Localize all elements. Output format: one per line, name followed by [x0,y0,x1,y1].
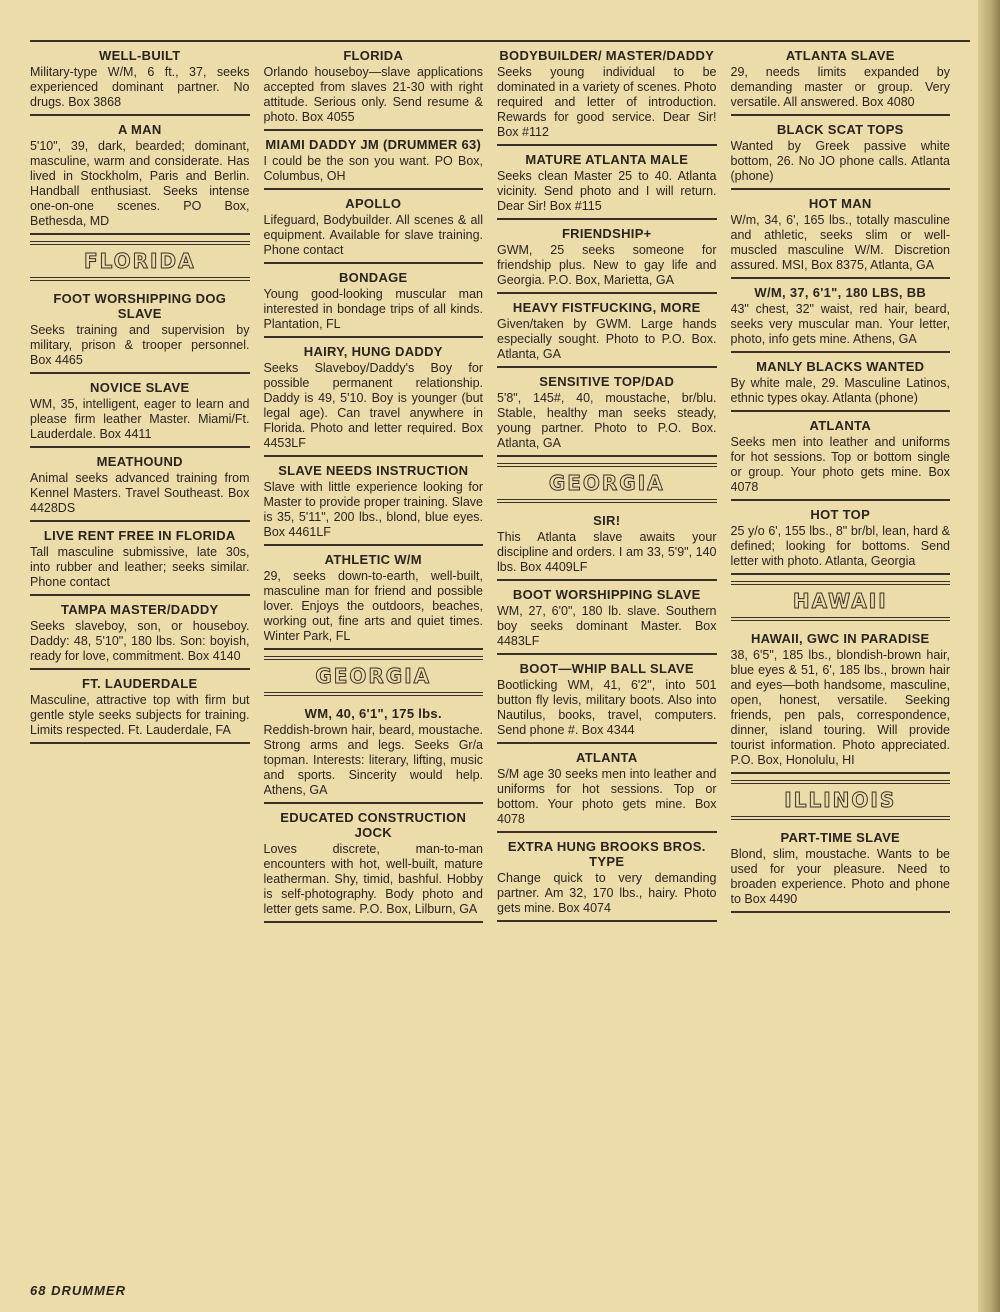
ad-box-number: P.O. Box, Marietta, GA [548,273,674,287]
ad-body: W/m, 34, 6', 165 lbs., totally masculine… [731,213,951,273]
classified-ad: WM, 40, 6'1", 175 lbs.Reddish-brown hair… [264,706,484,804]
ad-box-number: Dear Sir! Box #112 [497,110,717,139]
ad-title: SIR! [497,513,717,528]
ad-box-number: Ft. Lauderdale, FA [128,723,231,737]
ad-body: 25 y/o 6', 155 lbs., 8" br/bl, lean, har… [731,524,951,569]
ad-title: FT. LAUDERDALE [30,676,250,691]
ad-title: MIAMI DADDY JM (DRUMMER 63) [264,137,484,152]
classified-ad: WELL-BUILTMilitary-type W/M, 6 ft., 37, … [30,48,250,116]
ad-box-number: Athens, GA [264,783,328,797]
ad-body: This Atlanta slave awaits your disciplin… [497,530,717,575]
ad-body: 43" chest, 32" waist, red hair, beard, s… [731,302,951,347]
classified-ad: NOVICE SLAVEWM, 35, intelligent, eager t… [30,380,250,448]
classified-ad: FT. LAUDERDALEMasculine, attractive top … [30,676,250,744]
ad-body: Masculine, attractive top with firm but … [30,693,250,738]
ad-body: GWM, 25 seeks someone for friendship plu… [497,243,717,288]
ad-title: FOOT WORSHIPPING DOG SLAVE [30,291,250,321]
ad-body: WM, 27, 6'0", 180 lb. slave. Southern bo… [497,604,717,649]
ad-title: NOVICE SLAVE [30,380,250,395]
ad-title: HOT TOP [731,507,951,522]
ad-box-number: Box 3868 [68,95,121,109]
ad-title: MATURE ATLANTA MALE [497,152,717,167]
classified-ad: MIAMI DADDY JM (DRUMMER 63)I could be th… [264,137,484,190]
ad-box-number: Atlanta (phone) [731,154,951,183]
classified-ad: ATLANTA SLAVE29, needs limits expanded b… [731,48,951,116]
ad-box-number: Box 4074 [558,901,611,915]
ad-title: SENSITIVE TOP/DAD [497,374,717,389]
ad-box-number: Box 4344 [582,723,635,737]
ad-body: Bootlicking WM, 41, 6'2", into 501 butto… [497,678,717,738]
column-1: WELL-BUILTMilitary-type W/M, 6 ft., 37, … [30,48,250,1268]
ad-title: ATLANTA SLAVE [731,48,951,63]
ad-box-number: Box 4055 [302,110,355,124]
classified-ad: FOOT WORSHIPPING DOG SLAVESeeks training… [30,291,250,374]
classified-ad: HOT MANW/m, 34, 6', 165 lbs., totally ma… [731,196,951,279]
ad-box-number: Box 4411 [100,427,152,441]
ad-body: S/M age 30 seeks men into leather and un… [497,767,717,827]
ad-box-number: Phone contact [264,243,344,257]
ad-body: Reddish-brown hair, beard, moustache. St… [264,723,484,798]
column-4: ATLANTA SLAVE29, needs limits expanded b… [731,48,951,1268]
ad-box-number: P.O. Box, Honolulu, HI [731,753,855,767]
page-footer: 68 DRUMMER [30,1283,126,1298]
ad-title: HAWAII, GWC IN PARADISE [731,631,951,646]
classified-ad: FRIENDSHIP+GWM, 25 seeks someone for fri… [497,226,717,294]
ad-title: HEAVY FISTFUCKING, MORE [497,300,717,315]
ad-body: Seeks young individual to be dominated i… [497,65,717,140]
ad-title: WELL-BUILT [30,48,250,63]
ad-body: 5'8", 145#, 40, moustache, br/blu. Stabl… [497,391,717,451]
ad-box-number: Athens, GA [853,332,917,346]
ad-body: WM, 35, intelligent, eager to learn and … [30,397,250,442]
classified-ad: HAWAII, GWC IN PARADISE38, 6'5", 185 lbs… [731,631,951,774]
ad-title: ATLANTA [731,418,951,433]
top-rule [30,40,970,42]
classified-ad: BOOT—WHIP BALL SLAVEBootlicking WM, 41, … [497,661,717,744]
page-number: 68 [30,1283,46,1298]
ad-body: 5'10", 39, dark, bearded; dominant, masc… [30,139,250,229]
ad-title: APOLLO [264,196,484,211]
ad-box-number: P.O. Box, Lilburn, GA [359,902,477,916]
ad-body: By white male, 29. Masculine Latinos, et… [731,376,951,406]
ad-box-number: Box 4080 [862,95,915,109]
ad-box-number: Box 4490 [744,892,797,906]
ad-box-number: Box 4078 [731,465,951,494]
ad-box-number: Box 4453LF [264,421,484,450]
ad-body: Given/taken by GWM. Large hands especial… [497,317,717,362]
ad-box-number: Box 4461LF [264,525,331,539]
classified-ad: MANLY BLACKS WANTEDBy white male, 29. Ma… [731,359,951,412]
classified-columns: WELL-BUILTMilitary-type W/M, 6 ft., 37, … [30,48,950,1268]
classified-ad: BODYBUILDER/ MASTER/DADDYSeeks young ind… [497,48,717,146]
ad-body: Seeks men into leather and uniforms for … [731,435,951,495]
ad-box-number: Box 4483LF [497,619,717,648]
classified-ad: APOLLOLifeguard, Bodybuilder. All scenes… [264,196,484,264]
ad-box-number: PO Box, Bethesda, MD [30,199,250,228]
ad-box-number: Winter Park, FL [264,629,351,643]
ad-body: Change quick to very demanding partner. … [497,871,717,916]
ad-body: Blond, slim, moustache. Wants to be used… [731,847,951,907]
ad-title: BLACK SCAT TOPS [731,122,951,137]
ad-body: 29, seeks down-to-earth, well-built, mas… [264,569,484,644]
ad-body: 38, 6'5", 185 lbs., blondish-brown hair,… [731,648,951,768]
classified-ad: LIVE RENT FREE IN FLORIDATall masculine … [30,528,250,596]
ad-box-number: Atlanta, GA [497,347,561,361]
ad-title: HOT MAN [731,196,951,211]
ad-box-number: Box 4140 [188,649,241,663]
ad-body: Animal seeks advanced training from Kenn… [30,471,250,516]
classified-ad: SENSITIVE TOP/DAD5'8", 145#, 40, moustac… [497,374,717,457]
ad-body: Wanted by Greek passive white bottom, 26… [731,139,951,184]
classified-ad: A MAN5'10", 39, dark, bearded; dominant,… [30,122,250,235]
ad-title: BOOT WORSHIPPING SLAVE [497,587,717,602]
ad-body: Military-type W/M, 6 ft., 37, seeks expe… [30,65,250,110]
classified-ad: ATHLETIC W/M29, seeks down-to-earth, wel… [264,552,484,650]
column-2: FLORIDAOrlando houseboy—slave applicatio… [264,48,484,1268]
ad-title: MEATHOUND [30,454,250,469]
ad-title: W/M, 37, 6'1", 180 LBS, BB [731,285,951,300]
state-banner: HAWAII [731,581,951,621]
ad-box-number: Box 4078 [497,797,717,826]
ad-title: LIVE RENT FREE IN FLORIDA [30,528,250,543]
state-banner: GEORGIA [264,656,484,696]
ad-title: SLAVE NEEDS INSTRUCTION [264,463,484,478]
classified-ad: SIR!This Atlanta slave awaits your disci… [497,513,717,581]
state-banner: FLORIDA [30,241,250,281]
ad-body: Orlando houseboy—slave applications acce… [264,65,484,125]
ad-box-number: Atlanta, Georgia [825,554,915,568]
ad-title: BODYBUILDER/ MASTER/DADDY [497,48,717,63]
classified-ad: EXTRA HUNG BROOKS BROS. TYPEChange quick… [497,839,717,922]
ad-title: ATHLETIC W/M [264,552,484,567]
ad-box-number: Plantation, FL [264,317,341,331]
ad-title: A MAN [30,122,250,137]
classified-ad: ATLANTASeeks men into leather and unifor… [731,418,951,501]
ad-title: ATLANTA [497,750,717,765]
classified-ad: HAIRY, HUNG DADDYSeeks Slaveboy/Daddy's … [264,344,484,457]
ad-body: Tall masculine submissive, late 30s, int… [30,545,250,590]
ad-body: 29, needs limits expanded by demanding m… [731,65,951,110]
ad-title: WM, 40, 6'1", 175 lbs. [264,706,484,721]
ad-title: BOOT—WHIP BALL SLAVE [497,661,717,676]
state-banner: ILLINOIS [731,780,951,820]
ad-title: HAIRY, HUNG DADDY [264,344,484,359]
state-banner: GEORGIA [497,463,717,503]
ad-body: Lifeguard, Bodybuilder. All scenes & all… [264,213,484,258]
ad-title: EXTRA HUNG BROOKS BROS. TYPE [497,839,717,869]
ad-box-number: Atlanta, GA [497,436,561,450]
classified-ad: ATLANTAS/M age 30 seeks men into leather… [497,750,717,833]
classified-ad: HEAVY FISTFUCKING, MOREGiven/taken by GW… [497,300,717,368]
classified-ad: PART-TIME SLAVEBlond, slim, moustache. W… [731,830,951,913]
classified-ad: FLORIDAOrlando houseboy—slave applicatio… [264,48,484,131]
ad-body: Slave with little experience looking for… [264,480,484,540]
ad-title: FLORIDA [264,48,484,63]
classified-ad: BOOT WORSHIPPING SLAVEWM, 27, 6'0", 180 … [497,587,717,655]
ad-title: BONDAGE [264,270,484,285]
classified-ad: HOT TOP25 y/o 6', 155 lbs., 8" br/bl, le… [731,507,951,575]
ad-body: Seeks training and supervision by milita… [30,323,250,368]
ad-box-number: Phone contact [30,575,110,589]
ad-box-number: MSI, Box 8375, Atlanta, GA [782,258,934,272]
ad-body: Seeks slaveboy, son, or houseboy. Daddy:… [30,619,250,664]
column-3: BODYBUILDER/ MASTER/DADDYSeeks young ind… [497,48,717,1268]
classified-ad: MATURE ATLANTA MALESeeks clean Master 25… [497,152,717,220]
publication-name: DRUMMER [51,1283,126,1298]
ad-box-number: Atlanta (phone) [832,391,917,405]
ad-title: MANLY BLACKS WANTED [731,359,951,374]
ad-box-number: Box 4409LF [520,560,587,574]
classified-ad: MEATHOUNDAnimal seeks advanced training … [30,454,250,522]
ad-title: EDUCATED CONSTRUCTION JOCK [264,810,484,840]
ad-title: TAMPA MASTER/DADDY [30,602,250,617]
ad-title: PART-TIME SLAVE [731,830,951,845]
ad-body: Young good-looking muscular man interest… [264,287,484,332]
ad-box-number: Box 4465 [30,353,83,367]
ad-body: Seeks Slaveboy/Daddy's Boy for possible … [264,361,484,451]
ad-box-number: PO Box, Columbus, OH [264,154,484,183]
classified-ad: W/M, 37, 6'1", 180 LBS, BB43" chest, 32"… [731,285,951,353]
ad-box-number: Dear Sir! Box #115 [497,199,602,213]
ad-body: I could be the son you want. PO Box, Col… [264,154,484,184]
ad-body: Seeks clean Master 25 to 40. Atlanta vic… [497,169,717,214]
classified-ad: SLAVE NEEDS INSTRUCTIONSlave with little… [264,463,484,546]
classified-ad: BONDAGEYoung good-looking muscular man i… [264,270,484,338]
ad-box-number: Box 4428DS [30,486,250,515]
ad-body: Loves discrete, man-to-man encounters wi… [264,842,484,917]
ad-title: FRIENDSHIP+ [497,226,717,241]
classified-ad: EDUCATED CONSTRUCTION JOCKLoves discrete… [264,810,484,923]
page-spine [978,0,1000,1312]
classified-ad: TAMPA MASTER/DADDYSeeks slaveboy, son, o… [30,602,250,670]
classified-ad: BLACK SCAT TOPSWanted by Greek passive w… [731,122,951,190]
